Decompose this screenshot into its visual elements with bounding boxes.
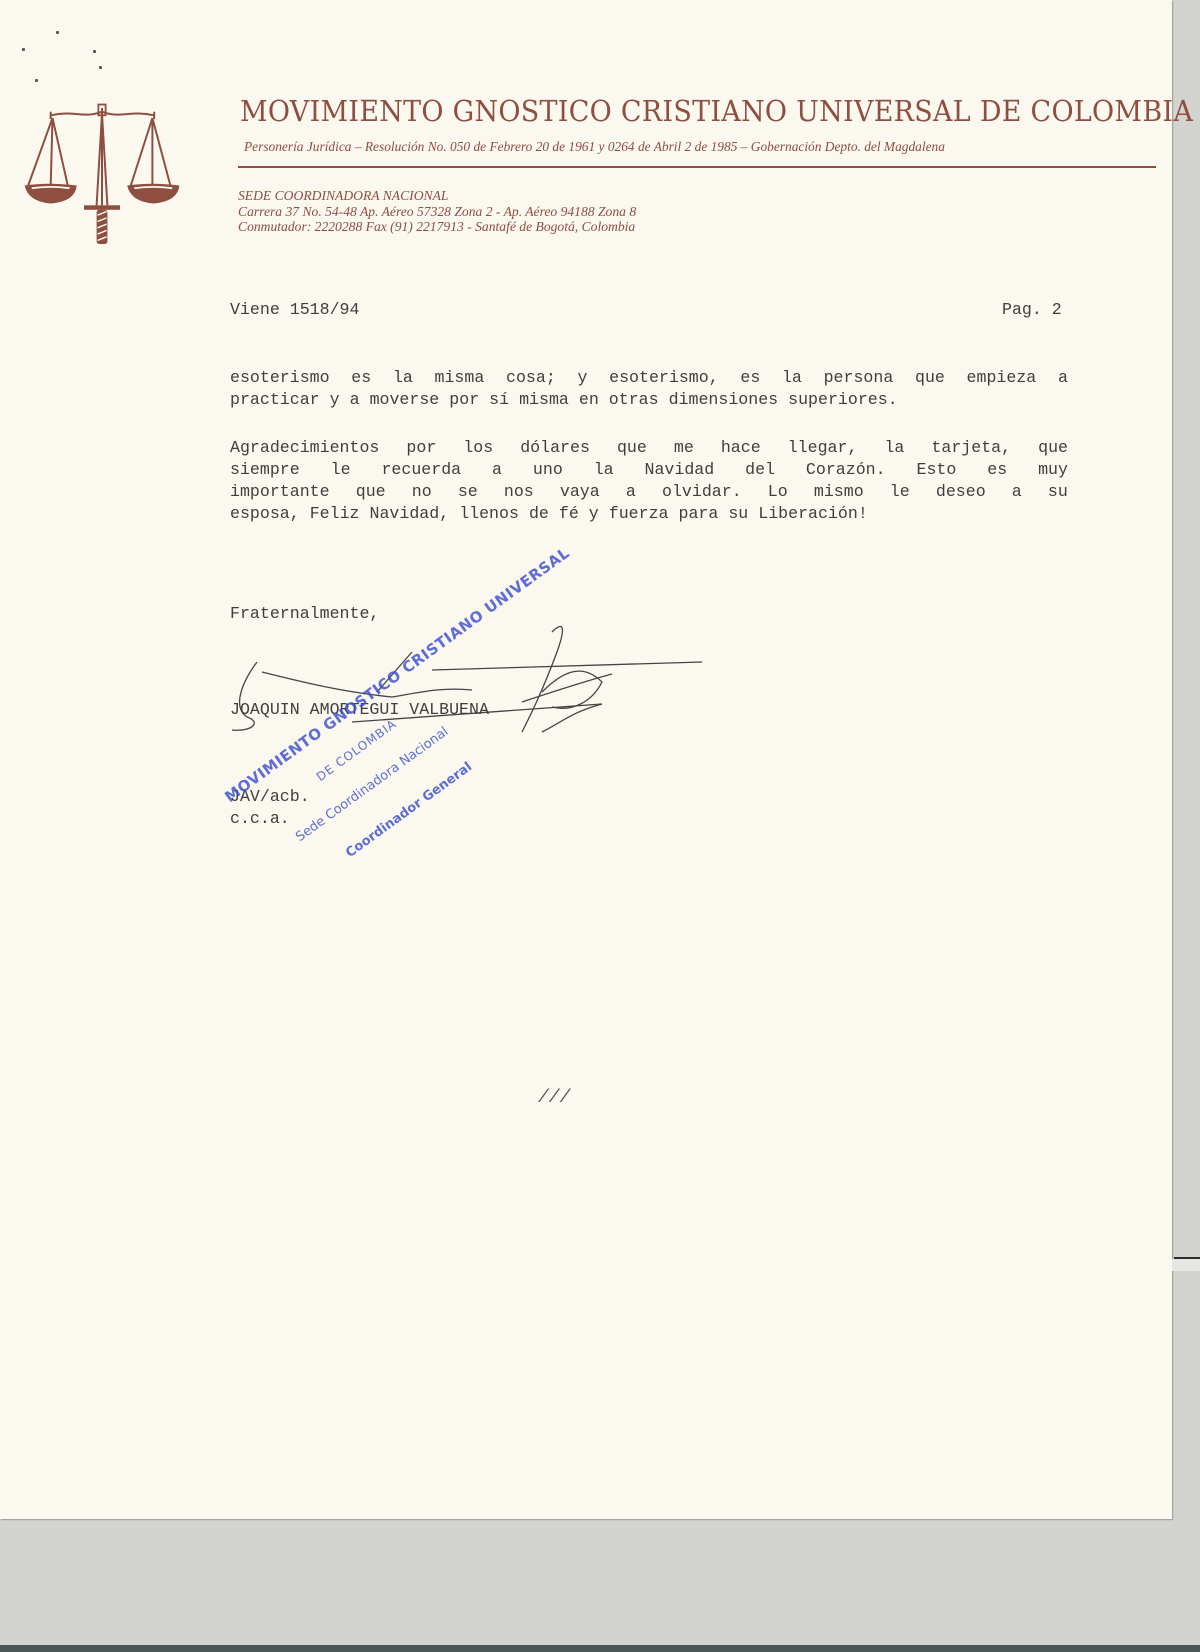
stamp-line-3: Sede Coordinadora Nacional — [293, 724, 451, 845]
body-paragraph-1: esoterismoeslamismacosa;yesoterismo,esla… — [230, 367, 1068, 411]
body-paragraph-2: Agradecimientosporlosdólaresquemehacelle… — [230, 437, 1068, 525]
page-number: Pag. 2 — [1002, 300, 1062, 319]
stamp-line-2: DE COLOMBIA — [314, 717, 399, 784]
paragraph-line: esoterismoeslamismacosa;yesoterismo,esla… — [230, 367, 1068, 389]
letterhead-title: MOVIMIENTO GNOSTICO CRISTIANO UNIVERSAL … — [240, 94, 1096, 128]
office-phones: Conmutador: 2220288 Fax (91) 2217913 - S… — [238, 219, 636, 235]
paragraph-line: practicaryamoverseporsímismaenotrasdimen… — [230, 389, 1068, 411]
signer-name: JOAQUIN AMORTEGUI VALBUENA — [230, 700, 489, 719]
letter-reference: Viene 1518/94 — [230, 300, 359, 319]
scanner-bottom-edge — [0, 1645, 1200, 1652]
letter-page: MOVIMIENTO GNOSTICO CRISTIANO UNIVERSAL … — [0, 0, 1172, 1519]
office-name: SEDE COORDINADORA NACIONAL — [238, 188, 636, 204]
typist-initials: JAV/acb. — [230, 787, 310, 806]
letterhead-divider — [238, 166, 1156, 168]
office-address: Carrera 37 No. 54-48 Ap. Aéreo 57328 Zon… — [238, 204, 636, 220]
paragraph-line: Agradecimientosporlosdólaresquemehacelle… — [230, 437, 1068, 459]
handwritten-signature — [222, 612, 722, 752]
carbon-copy: c.c.a. — [230, 809, 290, 828]
letterhead-subtitle: Personería Jurídica – Resolución No. 050… — [244, 139, 945, 155]
paragraph-line: siemprelerecuerdaaunolaNavidaddelCorazón… — [230, 459, 1068, 481]
stamp-line-4: Coordinador General — [343, 760, 475, 861]
paragraph-line: importantequenosenosvayaaolvidar.Lomismo… — [230, 481, 1068, 503]
scanner-edge-highlight — [1172, 1259, 1200, 1271]
scales-and-sword-icon — [12, 92, 192, 252]
paragraph-line: esposa,FelizNavidad,llenosdeféyfuerzapar… — [230, 503, 1068, 525]
closing: Fraternalmente, — [230, 604, 379, 623]
continuation-mark: /// — [538, 1088, 570, 1108]
stamp-line-1: MOVIMIENTO GNOSTICO CRISTIANO UNIVERSAL — [221, 544, 572, 806]
office-address-block: SEDE COORDINADORA NACIONAL Carrera 37 No… — [238, 188, 636, 235]
